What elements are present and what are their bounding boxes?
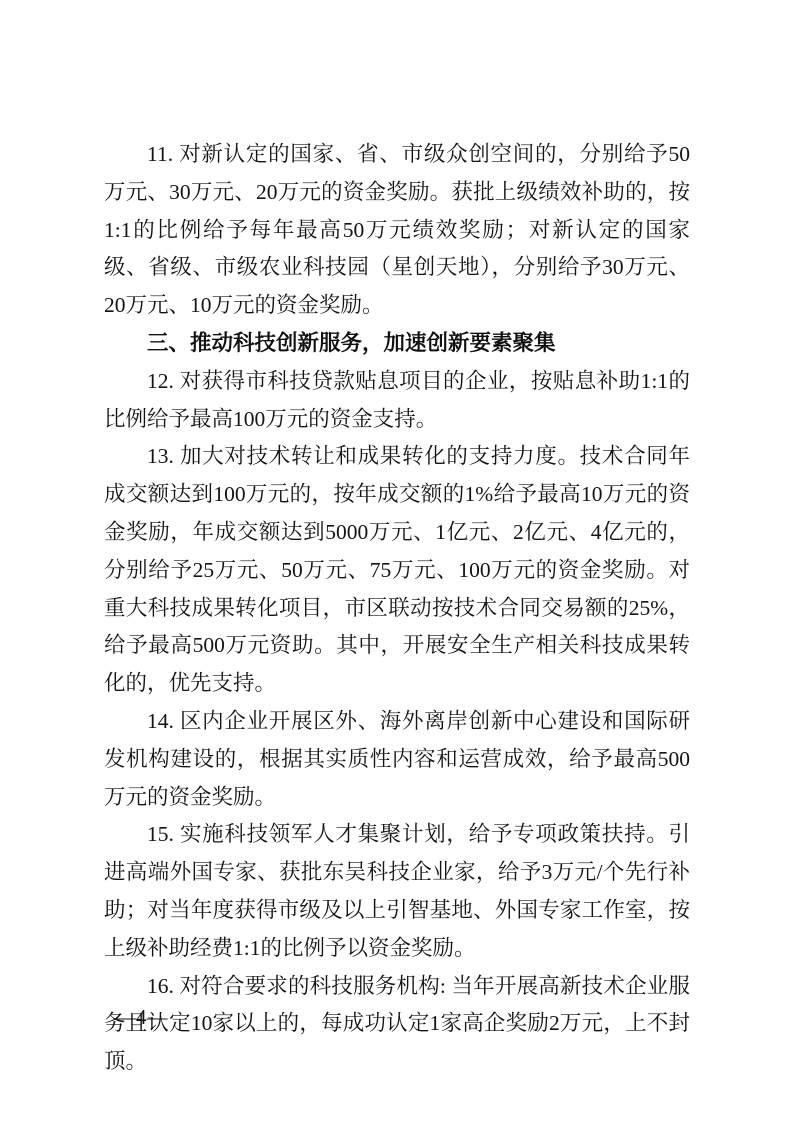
document-body: 11. 对新认定的国家、省、市级众创空间的，分别给予50万元、30万元、20万元… [104, 136, 690, 1081]
policy-item-14: 14. 区内企业开展区外、海外离岸创新中心建设和国际研发机构建设的，根据其实质性… [104, 703, 690, 816]
policy-item-16: 16. 对符合要求的科技服务机构: 当年开展高新技术企业服务且认定10家以上的，… [104, 968, 690, 1081]
policy-item-12: 12. 对获得市科技贷款贴息项目的企业，按贴息补助1:1的比例给予最高100万元… [104, 363, 690, 439]
document-page: 11. 对新认定的国家、省、市级众创空间的，分别给予50万元、30万元、20万元… [0, 0, 792, 1125]
section-heading-3: 三、推动科技创新服务，加速创新要素聚集 [104, 325, 690, 363]
page-number: —4— [115, 1004, 168, 1030]
policy-item-13: 13. 加大对技术转让和成果转化的支持力度。技术合同年成交额达到100万元的，按… [104, 438, 690, 703]
policy-item-11: 11. 对新认定的国家、省、市级众创空间的，分别给予50万元、30万元、20万元… [104, 136, 690, 325]
policy-item-15: 15. 实施科技领军人才集聚计划，给予专项政策扶持。引进高端外国专家、获批东吴科… [104, 816, 690, 967]
